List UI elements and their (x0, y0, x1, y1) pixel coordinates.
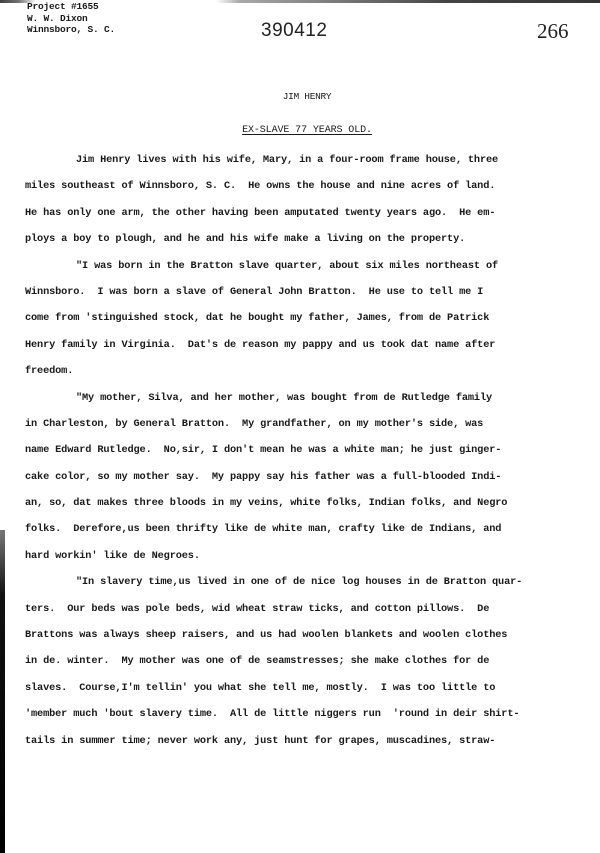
project-number: Project #1655 (27, 1, 115, 13)
text-line: He has only one arm, the other having be… (25, 200, 585, 226)
text-line: "I was born in the Bratton slave quarter… (25, 253, 585, 279)
text-line: miles southeast of Winnsboro, S. C. He o… (25, 173, 585, 199)
document-subtitle: EX-SLAVE 77 YEARS OLD. (0, 125, 600, 136)
text-line: Henry family in Virginia. Dat's de reaso… (25, 332, 585, 358)
text-line: Brattons was always sheep raisers, and u… (25, 622, 585, 648)
text-line: "My mother, Silva, and her mother, was b… (25, 385, 585, 411)
text-line: tails in summer time; never work any, ju… (25, 728, 585, 754)
project-meta: Project #1655 W. W. Dixon Winnsboro, S. … (27, 1, 115, 36)
page-number: 266 (537, 19, 569, 44)
text-line: folks. Derefore,us been thrifty like de … (25, 516, 585, 542)
document-title: JIM HENRY (0, 91, 600, 102)
text-line: name Edward Rutledge. No,sir, I don't me… (25, 437, 585, 463)
text-line: an, so, dat makes three bloods in my vei… (25, 490, 585, 516)
text-line: "In slavery time,us lived in one of de n… (25, 569, 585, 595)
subtitle-text: EX-SLAVE 77 YEARS OLD. (242, 125, 372, 136)
text-line: Winnsboro. I was born a slave of General… (25, 279, 585, 305)
text-line: in Charleston, by General Bratton. My gr… (25, 411, 585, 437)
text-line: slaves. Course,I'm tellin' you what she … (25, 675, 585, 701)
text-line: ters. Our beds was pole beds, wid wheat … (25, 596, 585, 622)
text-line: freedom. (25, 358, 585, 384)
author: W. W. Dixon (27, 13, 115, 25)
text-line: come from 'stinguished stock, dat he bou… (25, 305, 585, 331)
text-line: hard workin' like de Negroes. (25, 543, 585, 569)
text-line: Jim Henry lives with his wife, Mary, in … (25, 147, 585, 173)
body-text: Jim Henry lives with his wife, Mary, in … (25, 147, 585, 754)
text-line: ploys a boy to plough, and he and his wi… (25, 226, 585, 252)
text-line: 'member much 'bout slavery time. All de … (25, 701, 585, 727)
document-number: 390412 (261, 20, 327, 42)
text-line: cake color, so my mother say. My pappy s… (25, 464, 585, 490)
scan-left-edge (0, 530, 5, 853)
location: Winnsboro, S. C. (27, 24, 115, 36)
text-line: in de. winter. My mother was one of de s… (25, 648, 585, 674)
